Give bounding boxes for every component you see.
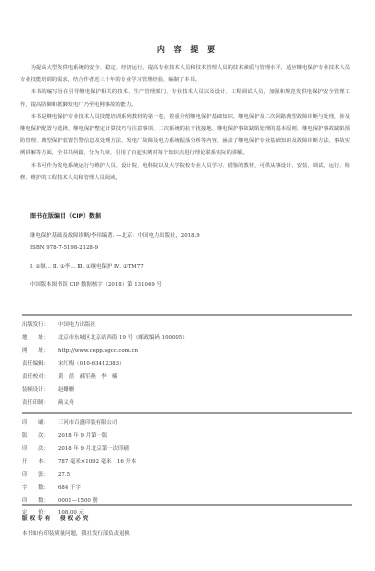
print-supervisor-row: 责任印制：蔺义舟: [22, 398, 74, 406]
website-link[interactable]: http://www.cepp.sgcc.com.cn: [58, 348, 138, 354]
cip-approval: 中国版本图书馆 CIP 数据核字（2018）第 131049 号: [30, 280, 162, 288]
row-label: 责任编辑：: [22, 359, 58, 367]
row-label: 开 本：: [22, 457, 58, 465]
summary-paragraph: 本书是继电保护专业技术人员技能培训系列教材的第一卷，着重介绍继电保护基础知识、继…: [20, 111, 350, 160]
summary-paragraph: 本书可作为发电系统运行与维护人员、设计院、电科院以及大学院校专业人员学习、借鉴的…: [20, 160, 350, 184]
copyright-note: 本书如有印装质量问题，我社发行部负责退换: [22, 529, 130, 537]
row-value: 赵姗姗: [58, 387, 74, 393]
row-value: 787 毫米×1092 毫米 16 开本: [58, 459, 136, 465]
divider: [22, 412, 352, 414]
row-value: 三河市百盛印装有限公司: [58, 420, 117, 426]
edition-row: 版 次：2018 年 9 月第一版: [22, 431, 107, 439]
row-value: 黄 蓓 郝军燕 李 楠: [58, 374, 117, 380]
address-row: 地 址：北京市东城区北京站西街 19 号（邮政编码 100005）: [22, 333, 188, 341]
row-label: 出版发行：: [22, 320, 58, 328]
row-value: 宋红梅（010-63412383）: [58, 361, 125, 367]
row-value: 中国电力出版社: [58, 322, 96, 328]
summary-body: 为提高大型发供电系统的安全、稳定、经济运行，提高专业技术人员和技术管理人员的技术…: [20, 62, 350, 184]
row-value: 蔺义舟: [58, 400, 74, 406]
row-label: 印 张：: [22, 470, 58, 478]
summary-title: 内 容 提 要: [0, 44, 375, 55]
cip-isbn: ISBN 978-7-5198-2128-9: [30, 245, 98, 251]
cip-record: 继电保护基础及故障诊断/李玮编著. —北京：中国电力出版社，2018.9: [30, 231, 200, 239]
publisher-row: 出版发行：中国电力出版社: [22, 320, 96, 328]
copyright-page: 内 容 提 要 为提高大型发供电系统的安全、稳定、经济运行，提高专业技术人员和技…: [0, 0, 375, 571]
editor-row: 责任编辑：宋红梅（010-63412383）: [22, 359, 125, 367]
designer-row: 装帧设计：赵姗姗: [22, 385, 74, 393]
row-value: 2018 年 9 月第一版: [58, 433, 107, 439]
row-value: 27.5: [58, 472, 70, 478]
divider: [22, 504, 352, 506]
row-label: 责任印制：: [22, 398, 58, 406]
proofreader-row: 责任校对：黄 蓓 郝军燕 李 楠: [22, 372, 117, 380]
cip-classification: Ⅰ. ①继… Ⅱ. ①李… Ⅲ. ①继电保护 Ⅳ. ①TM77: [30, 262, 144, 270]
printer-row: 印 刷：三河市百盛印装有限公司: [22, 418, 117, 426]
row-value: 684 千字: [58, 485, 81, 491]
row-value: 北京市东城区北京站西街 19 号（邮政编码 100005）: [58, 335, 188, 341]
row-label: 版 次：: [22, 431, 58, 439]
row-label: 网 址：: [22, 346, 58, 354]
print-run-row: 印 数：0001—1500 册: [22, 496, 98, 504]
row-value: 2018 年 9 月北京第一次印刷: [58, 446, 129, 452]
summary-paragraph: 为提高大型发供电系统的安全、稳定、经济运行，提高专业技术人员和技术管理人员的技术…: [20, 62, 350, 86]
row-label: 印 数：: [22, 496, 58, 504]
website-row: 网 址：http://www.cepp.sgcc.com.cn: [22, 346, 138, 354]
sheets-row: 印 张：27.5: [22, 470, 70, 478]
format-row: 开 本：787 毫米×1092 毫米 16 开本: [22, 457, 136, 465]
divider: [22, 314, 352, 316]
impression-row: 印 次：2018 年 9 月北京第一次印刷: [22, 444, 129, 452]
row-label: 装帧设计：: [22, 385, 58, 393]
row-label: 地 址：: [22, 333, 58, 341]
row-label: 字 数：: [22, 483, 58, 491]
word-count-row: 字 数：684 千字: [22, 483, 81, 491]
cip-heading: 图书在版编目（CIP）数据: [30, 211, 101, 220]
row-label: 责任校对：: [22, 372, 58, 380]
summary-paragraph: 本书的编写旨在引导继电保护相关的技术、生产管理部门、专业技术人员以及设计、工程调…: [20, 86, 350, 110]
copyright-heading: 版权专有 侵权必究: [22, 514, 90, 522]
row-label: 印 次：: [22, 444, 58, 452]
row-label: 印 刷：: [22, 418, 58, 426]
